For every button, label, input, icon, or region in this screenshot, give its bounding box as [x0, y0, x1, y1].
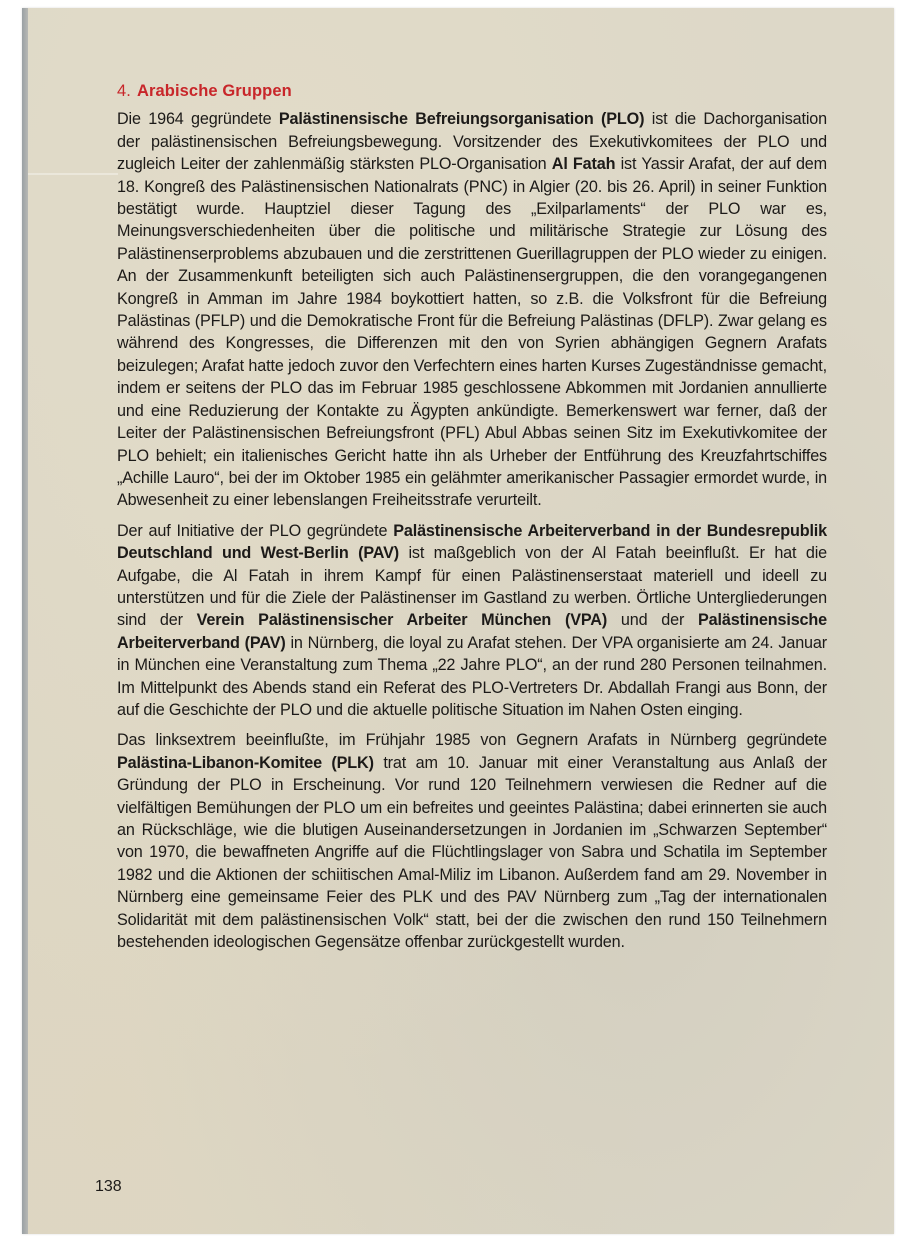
paragraph-plk: Das linksextrem beeinflußte, im Frühjahr…: [117, 729, 827, 953]
paper-crease: [28, 173, 118, 175]
bold-term: Palästina-Libanon-Komitee (PLK): [117, 754, 374, 772]
page-spine-edge: [22, 8, 28, 1234]
bold-term: Al Fatah: [552, 155, 616, 173]
section-title: Arabische Gruppen: [137, 82, 292, 100]
section-number: 4.: [117, 82, 131, 100]
page-number: 138: [95, 1178, 122, 1196]
bold-term: Palästinensische Arbeiterverband in der …: [117, 522, 827, 562]
scanned-page: 4.Arabische Gruppen Die 1964 gegründete …: [22, 8, 894, 1234]
bold-term: Verein Palästinensischer Arbeiter Münche…: [197, 611, 607, 629]
bold-term: Palästinensische Befreiungsorganisation …: [279, 110, 644, 128]
paragraph-pav: Der auf Initiative der PLO gegründete Pa…: [117, 520, 827, 722]
paragraph-plo: Die 1964 gegründete Palästinensische Bef…: [117, 108, 827, 511]
section-heading: 4.Arabische Gruppen: [117, 80, 827, 102]
page-content: 4.Arabische Gruppen Die 1964 gegründete …: [117, 80, 827, 961]
